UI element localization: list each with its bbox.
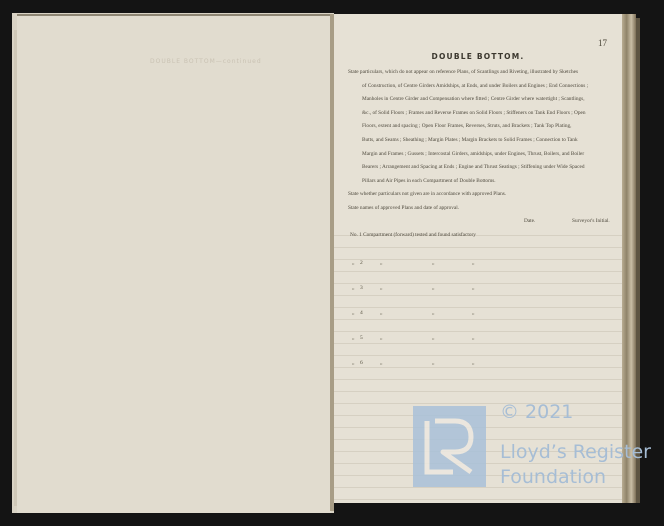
left-page xyxy=(17,14,331,513)
compartment-number: 3 xyxy=(360,285,363,291)
ditto-mark: „ xyxy=(352,360,354,366)
compartment-row: „ 6 „ „ „ xyxy=(352,360,502,370)
ditto-mark: „ xyxy=(380,335,382,341)
ditto-mark: „ xyxy=(432,260,434,266)
lr-logo xyxy=(413,406,486,487)
compartment-number: 4 xyxy=(360,310,363,316)
ditto-mark: „ xyxy=(432,285,434,291)
instruction-line: State particulars, which do not appear o… xyxy=(348,69,578,75)
ditto-mark: „ xyxy=(352,285,354,291)
instruction-line: Butts, and Seams ; Sheathing ; Margin Pl… xyxy=(348,134,616,148)
ditto-mark: „ xyxy=(352,260,354,266)
ditto-mark: „ xyxy=(352,335,354,341)
compartment-row: „ 2 „ „ „ xyxy=(352,260,502,270)
ditto-mark: „ xyxy=(472,310,474,316)
compartment-number: 6 xyxy=(360,360,363,366)
instruction-line: Floors, extent and spacing ; Open Floor … xyxy=(348,120,616,134)
date-column-header: Date. xyxy=(524,218,535,224)
instruction-line: Bearers ; Arrangement and Spacing at End… xyxy=(348,161,616,175)
approved-plans-question: State whether particulars not given are … xyxy=(348,191,506,197)
right-page-fore-edge-shadow xyxy=(636,18,640,503)
plans-date-question: State names of approved Plans and date o… xyxy=(348,205,459,211)
ditto-mark: „ xyxy=(472,360,474,366)
watermark-org-line1: Lloyd’s Register xyxy=(500,441,651,463)
compartment-row: „ 4 „ „ „ xyxy=(352,310,502,320)
compartment-number: 5 xyxy=(360,335,363,341)
page-title: DOUBLE BOTTOM. xyxy=(334,52,622,61)
ditto-mark: „ xyxy=(472,285,474,291)
instructions-paragraph: State particulars, which do not appear o… xyxy=(348,66,616,216)
left-page-bleed-through-text: DOUBLE BOTTOM—continued xyxy=(150,58,262,65)
watermark-org-line2: Foundation xyxy=(500,466,606,488)
compartment-number: 2 xyxy=(360,260,363,266)
instruction-line: Margin and Frames ; Gussets ; Intercosta… xyxy=(348,148,616,162)
instruction-line: of Construction, of Centre Girders Amids… xyxy=(348,80,616,94)
ditto-mark: „ xyxy=(352,310,354,316)
right-page-fore-edge xyxy=(622,14,636,503)
ditto-mark: „ xyxy=(380,260,382,266)
ditto-mark: „ xyxy=(472,335,474,341)
ditto-mark: „ xyxy=(432,360,434,366)
ditto-mark: „ xyxy=(432,310,434,316)
surveyor-initial-column-header: Surveyor's Initial. xyxy=(572,218,610,224)
compartment-row: „ 5 „ „ „ xyxy=(352,335,502,345)
page-number: 17 xyxy=(598,38,607,48)
lr-logo-icon xyxy=(413,406,486,487)
instruction-line: Pillars and Air Pipes in each Compartmen… xyxy=(348,175,616,189)
ditto-mark: „ xyxy=(432,335,434,341)
ditto-mark: „ xyxy=(472,260,474,266)
compartment-1-line: No. 1 Compartment (forward) tested and f… xyxy=(350,232,476,238)
ditto-mark: „ xyxy=(380,360,382,366)
watermark-copyright: © 2021 xyxy=(500,401,573,423)
compartment-row: „ 3 „ „ „ xyxy=(352,285,502,295)
instruction-line: &c., of Solid Floors ; Frames and Revers… xyxy=(348,107,616,121)
instruction-line: Manholes in Centre Girder and Compensati… xyxy=(348,93,616,107)
ditto-mark: „ xyxy=(380,310,382,316)
ditto-mark: „ xyxy=(380,285,382,291)
